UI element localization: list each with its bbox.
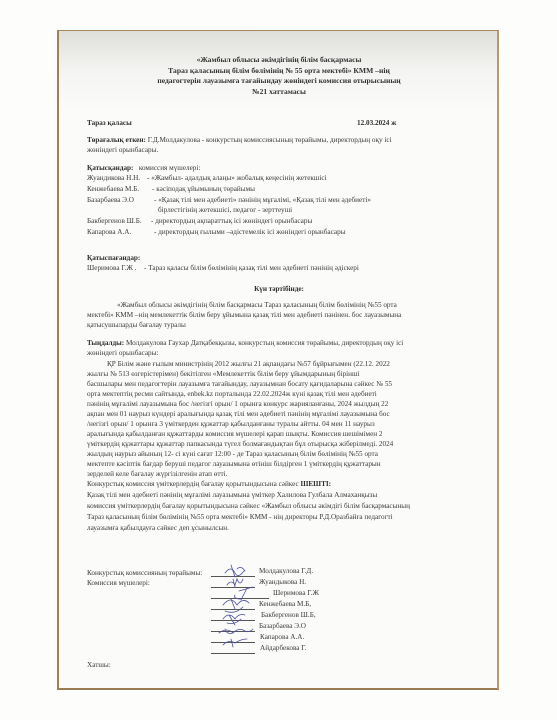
member-name: Бакбергенов Ш.Б. (87, 216, 142, 227)
doc-title-line-4: №21 хаттамасы (59, 87, 499, 98)
document-page: «Жамбыл облысы әкімдігінің білім басқарм… (57, 30, 499, 690)
decision-line: Тараз қаласының білім бөлімінің №55 орта… (87, 512, 393, 523)
signatory-name: Айдарбекова Г. (260, 644, 306, 652)
decision-line: лауазымға қабылдауға сәйкес деп ұсынылсы… (87, 523, 229, 534)
chair-text: Г.Д.Молдакулова - конкурстың комиссиясын… (148, 136, 392, 144)
member-name: Капарова А.А. (87, 227, 131, 238)
signatory-name: Капарова А.А. (260, 633, 304, 641)
doc-date: 12.03.2024 ж (357, 118, 396, 129)
chair-label: Төрағалық еткен: (87, 136, 146, 144)
doc-title-line-2: Тараз қаласының білім бөлімінің № 55 орт… (59, 66, 499, 77)
agenda-line-3: қатысушыларды бағалау туралы (87, 320, 186, 331)
decision-intro: Конкурстық комиссия үміткерлердің бағала… (87, 480, 299, 488)
signatory-name: Жуандыкова Н. (259, 578, 306, 586)
member-role: - директордың ғылыми –әдістемелік ісі жө… (154, 227, 346, 238)
heard-text: Молдакулова Гаухар Датқабекқызы, конкурс… (126, 339, 403, 347)
signatory-name: Молдакулова Г.Д. (259, 567, 313, 575)
handwritten-signature (217, 563, 257, 658)
participants-label: Қатысқандар: (87, 164, 133, 172)
decision-label: ШЕШТІ: (300, 480, 331, 488)
member-name: Базарбаева Э.О (87, 195, 134, 206)
member-role-cont: бірлестігінің жетекшісі, педагог - зертт… (158, 205, 292, 216)
signatory-name: Базарбаева Э.О (259, 622, 306, 630)
decision-line: комиссия үміткерлердің бағалау қорытынды… (87, 501, 410, 512)
doc-title-line-3: педагогтерін лауазымға тағайындау жөнінд… (59, 76, 499, 87)
chair-line-2: жөніндегі орынбасары. (87, 145, 158, 156)
decision-intro-line: Конкурстық комиссия үміткерлердің бағала… (87, 479, 331, 490)
signatory-name: Шеримова Г.Ж (273, 589, 319, 597)
decision-line: Қазақ тілі мен әдебиеті пәнінің мұғалімі… (87, 490, 377, 501)
member-name: Жуандикова Н.Н. (87, 173, 140, 184)
absent-name: Шеримова Г.Ж . (87, 263, 136, 274)
doc-title-line-1: «Жамбыл облысы әкімдігінің білім басқарм… (59, 55, 499, 66)
members-signature-label: Комиссия мүшелері: (87, 578, 150, 589)
signatory-name: Кенжебаева М.Б, (259, 600, 311, 608)
heard-line-2: жөніндегі орынбасары: (87, 348, 158, 359)
member-name: Кенжебаева М.Б. (87, 184, 139, 195)
doc-place: Тараз қаласы (87, 118, 132, 129)
member-role: - «Жамбыл- адалдық алаңы» жобалық кеңесі… (147, 173, 327, 184)
member-role: - директордың ақпараттық ісі жөніндегі о… (151, 216, 312, 227)
signatory-name: Бакбергенов Ш.Б, (261, 611, 316, 619)
heard-label: Тыңдалды: (87, 339, 124, 347)
member-role: - кәсіподақ ұйымының төрайымы (152, 184, 255, 195)
participants-sublabel: комиссия мүшелері: (139, 164, 201, 172)
absent-role: - Тараз қаласы білім бөлімінің қазақ тіл… (144, 263, 359, 274)
secretary-signature-label: Хатшы: (87, 660, 111, 671)
agenda-heading: Күн тәртібінде: (59, 284, 499, 295)
